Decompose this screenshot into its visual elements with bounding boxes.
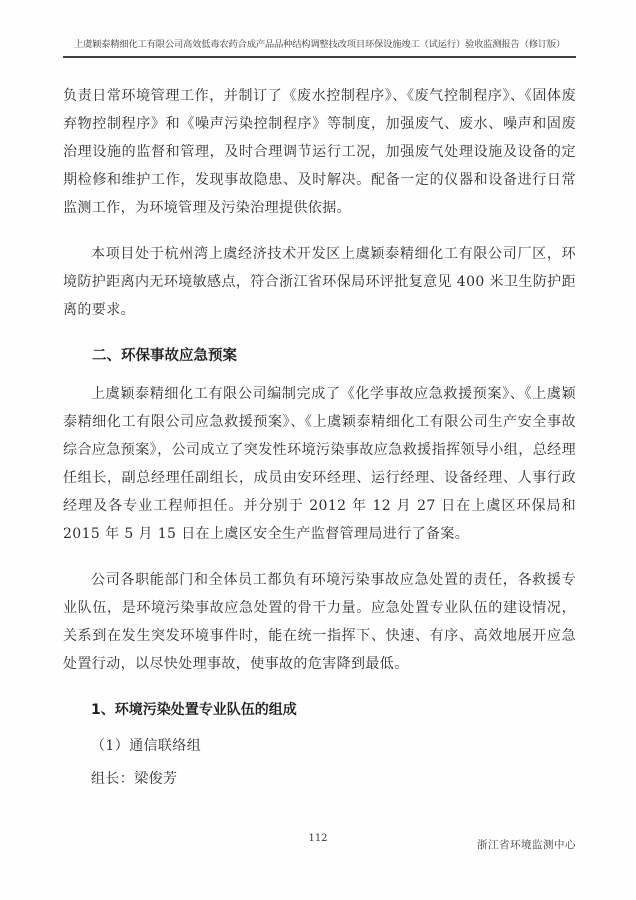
running-header: 上虞颖泰精细化工有限公司高效低毒农药合成产品品种结构调整技改项目环保设施竣工（试… xyxy=(63,38,576,58)
paragraph-responsibility: 公司各职能部门和全体员工都负有环境污染事故应急处置的责任，各救援专业队伍，是环境… xyxy=(63,566,576,678)
list-item-group-leader: 组长：梁俊芳 xyxy=(63,765,576,793)
paragraph-emergency-plans: 上虞颖泰精细化工有限公司编制完成了《化学事故应急救援预案》、《上虞颖泰精细化工有… xyxy=(63,380,576,548)
paragraph-environment-management: 负责日常环境管理工作，并制订了《废水控制程序》、《废气控制程序》、《固体废弃物控… xyxy=(63,82,576,222)
paragraph-project-location: 本项目处于杭州湾上虞经济技术开发区上虞颖泰精细化工有限公司厂区，环境防护距离内无… xyxy=(63,240,576,324)
list-item-communication-group: （1）通信联络组 xyxy=(63,732,576,760)
subsection-heading-team-composition: 1、环境污染处置专业队伍的组成 xyxy=(63,696,576,724)
document-body: 负责日常环境管理工作，并制订了《废水控制程序》、《废气控制程序》、《固体废弃物控… xyxy=(63,82,576,793)
footer-organization: 浙江省环境监测中心 xyxy=(477,837,576,852)
page-content: 上虞颖泰精细化工有限公司高效低毒农药合成产品品种结构调整技改项目环保设施竣工（试… xyxy=(63,38,576,798)
section-heading-emergency-plan: 二、环保事故应急预案 xyxy=(63,342,576,370)
document-page: 上虞颖泰精细化工有限公司高效低毒农药合成产品品种结构调整技改项目环保设施竣工（试… xyxy=(0,0,636,900)
